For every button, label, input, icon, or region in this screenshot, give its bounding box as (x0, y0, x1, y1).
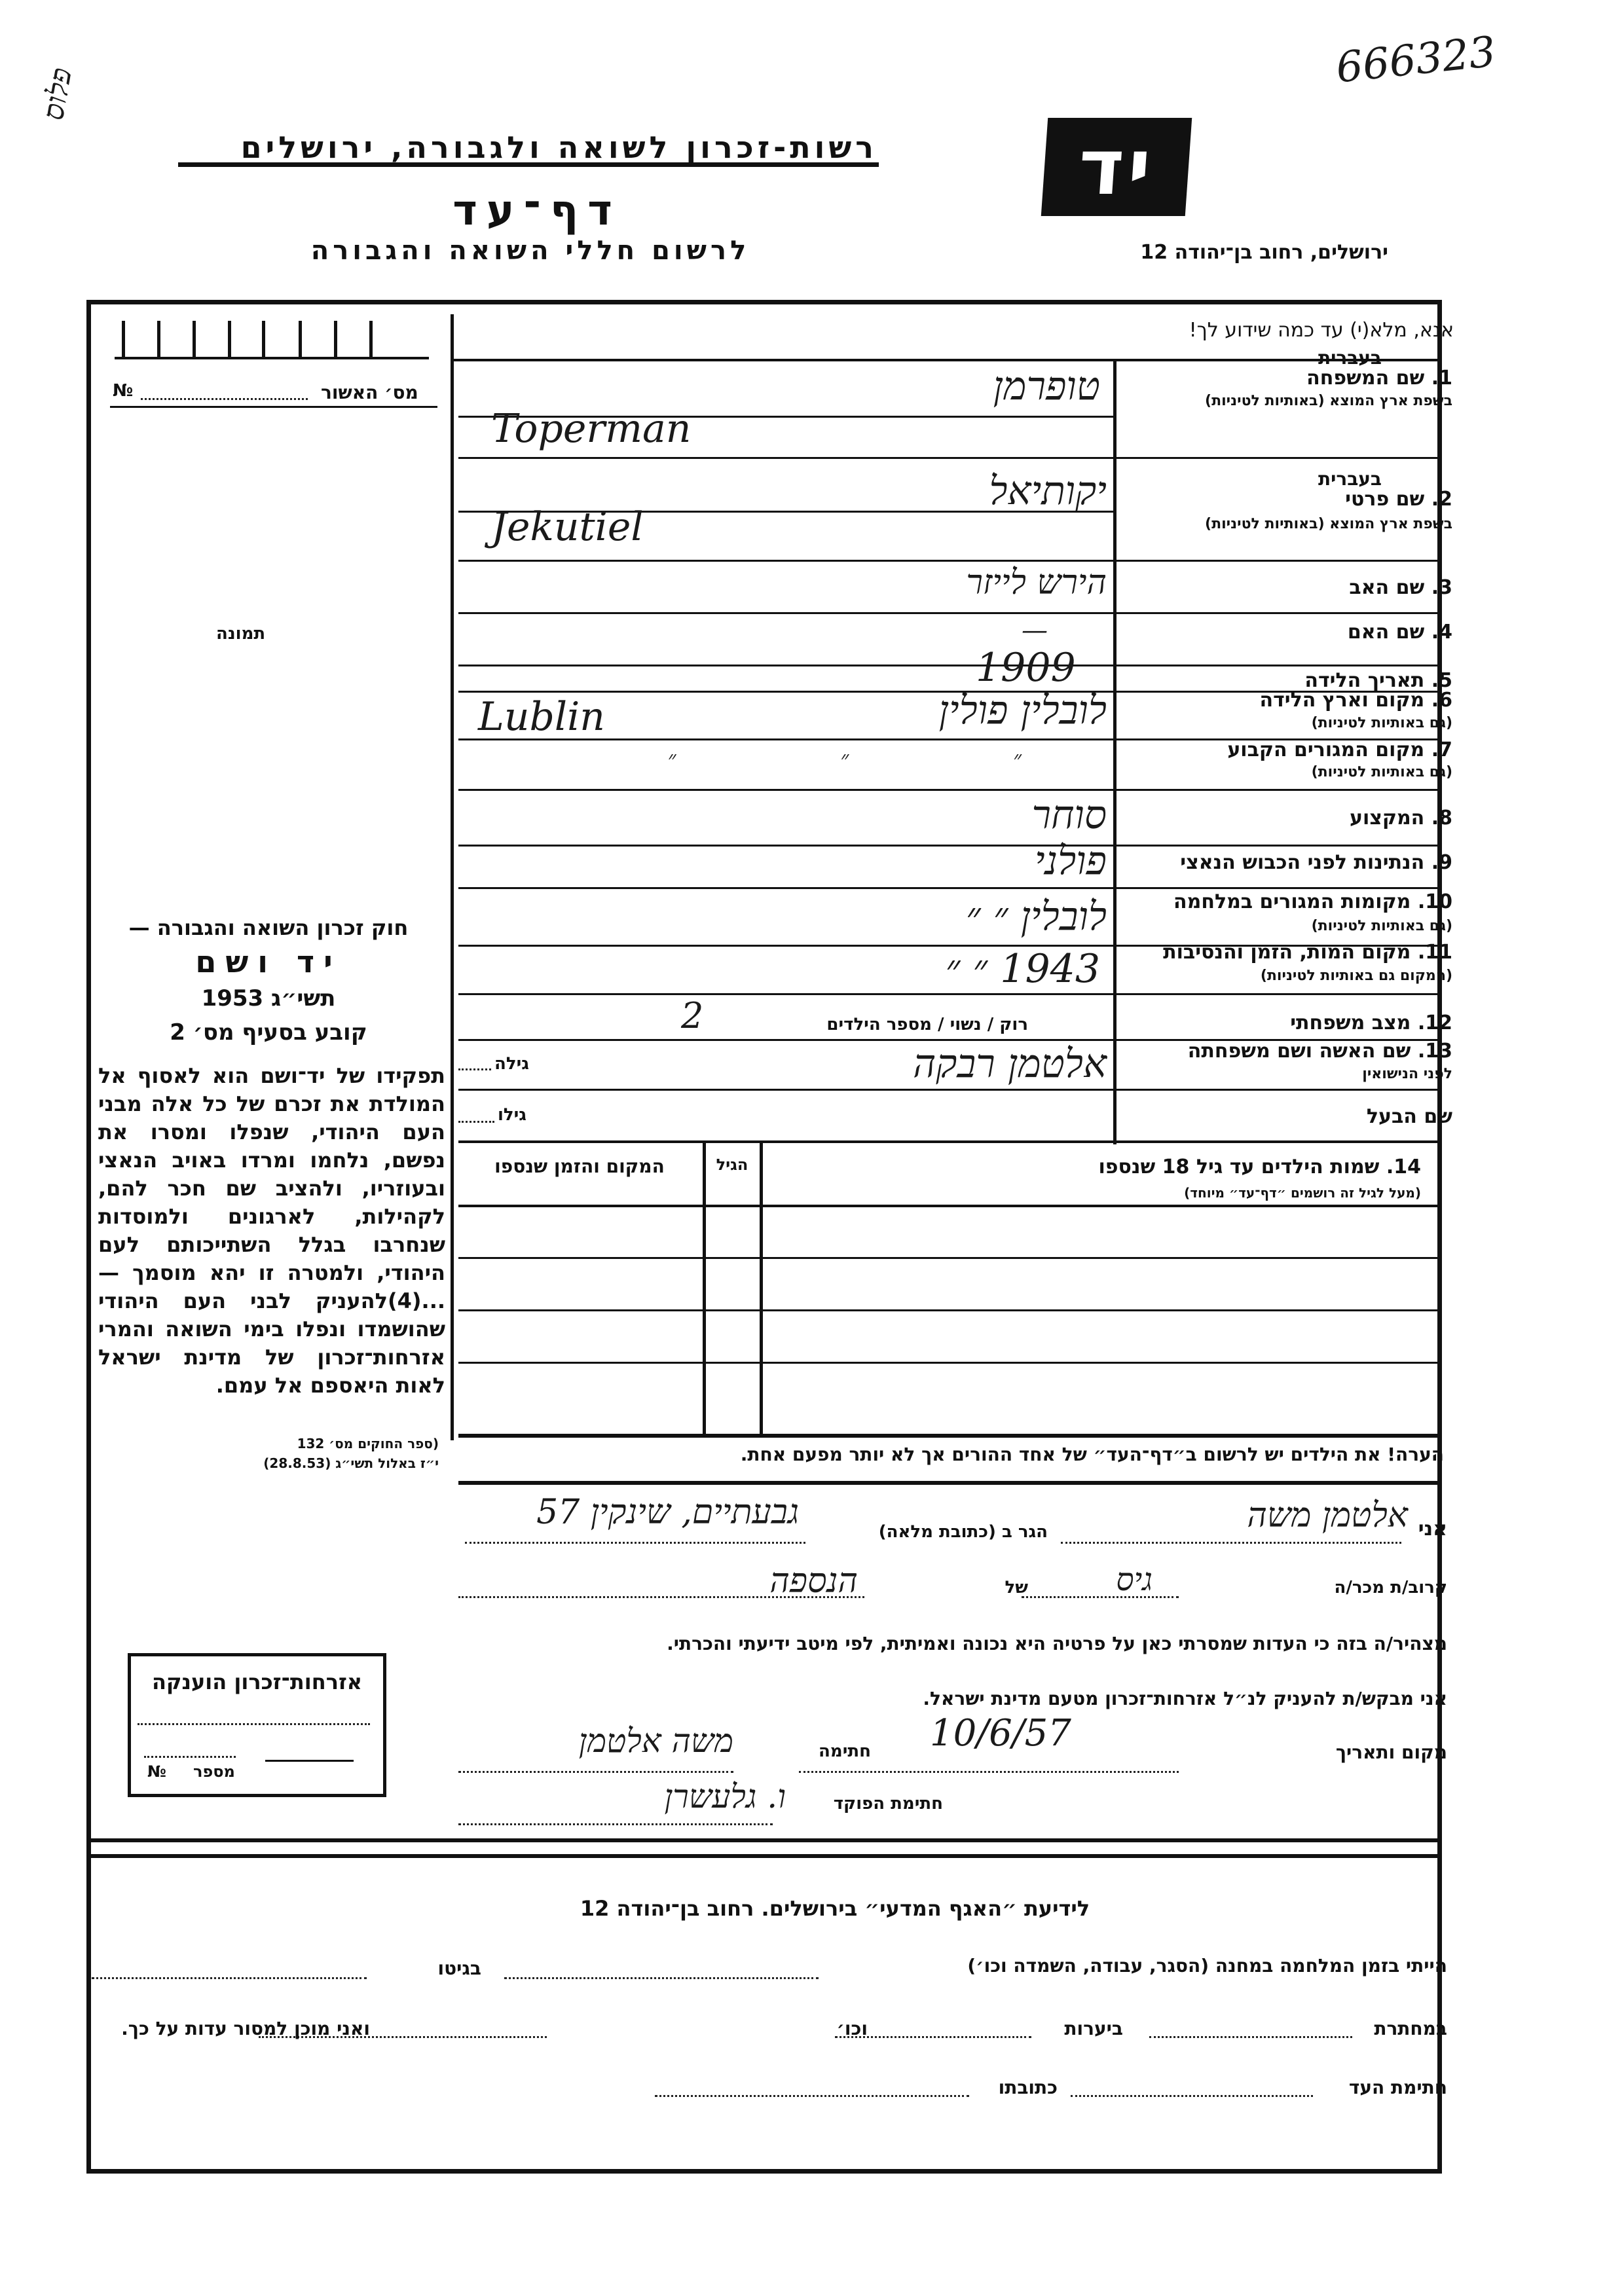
first-name-latin[interactable]: Jekutiel (491, 504, 644, 550)
ghetto-field[interactable] (92, 1977, 367, 1979)
husband-name-label: שם הבעל (1367, 1105, 1452, 1128)
husband-name-field[interactable] (855, 1100, 1110, 1133)
field-number: 1. (1431, 367, 1452, 390)
footer-underground-label: במחתרת (1374, 2018, 1447, 2039)
awarded-line[interactable] (138, 1723, 370, 1725)
field-12-label: 12. מצב משפחתי (1290, 1011, 1452, 1034)
husband-age-field[interactable] (458, 1121, 494, 1123)
hebrew-tag: בעברית (1318, 347, 1382, 369)
of-value[interactable]: הנספה (694, 1561, 858, 1601)
table-row[interactable] (458, 1365, 1441, 1430)
field-2-sub: בשפת ארץ המוצא (באותיות לטיניות) (1205, 516, 1452, 532)
footer-forests-label: ביערות (1064, 2018, 1123, 2039)
row-line (458, 1309, 1441, 1311)
relation-label: קרוב/ת מכר/ה (1335, 1578, 1447, 1597)
husband-age-label: גילו (498, 1105, 526, 1125)
citizenship-value[interactable]: פולני (950, 838, 1107, 884)
field-number: 2. (1431, 488, 1452, 511)
witness-address-label: כתובתו (999, 2077, 1058, 2098)
section-divider (86, 1838, 1442, 1842)
yad-vashem-logo: יד ושם (1041, 118, 1192, 216)
statement-request: אני מבקש/ת להעניק לנ״ל אזרחות־זכרון מטעם… (923, 1688, 1447, 1709)
wife-name-value[interactable]: אלטמן רבקה (819, 1041, 1107, 1087)
field-label: המקצוע (1350, 807, 1424, 829)
witness-signature-label: חתימת העד (1349, 2077, 1447, 2098)
death-details-value[interactable]: 1943 ״ ״ (720, 946, 1100, 992)
camp-field[interactable] (504, 1977, 819, 1979)
place-time-column-header: המקום והזמן שנספו (458, 1156, 701, 1177)
field-label: שם פרטי (1345, 488, 1424, 511)
relation-value[interactable]: גיס (1022, 1561, 1153, 1598)
field-10-label: 10. מקומות המגורים במלחמה (1173, 890, 1452, 913)
row-line (458, 665, 1441, 666)
birthplace-latin[interactable]: Lublin (478, 694, 605, 740)
law-heading: חוק זכרון השואה והגבורה — (98, 915, 439, 940)
table-row[interactable] (458, 1208, 1441, 1257)
footer-camp-label: הייתי בזמן המלחמה במחנה (הסגר, עבודה, הש… (967, 1955, 1447, 1977)
form-subtitle: לרשום חללי השואה והגבורה (262, 236, 799, 266)
wife-age-label: גילה (494, 1054, 529, 1074)
declarant-name-line (1061, 1542, 1401, 1544)
officer-signature-line (458, 1823, 773, 1825)
organization-title: רשות-זכרון לשואה ולגבורה, ירושלים (177, 130, 877, 165)
relation-line (1022, 1596, 1179, 1598)
of-line (458, 1596, 864, 1598)
field-1-label: 1. שם המשפחה (1306, 367, 1452, 390)
instructions-text: אנא, מלא(י) עד כמה שידוע לך! (1189, 319, 1454, 342)
row-line (458, 1089, 1441, 1091)
field-label: שם המשפחה (1306, 367, 1424, 390)
photo-area (105, 412, 439, 897)
declarant-address[interactable]: גבעתיים, שינקין 57 (478, 1493, 799, 1532)
divider (452, 359, 1441, 361)
field-label: שם האשה ושם משפחתה (1188, 1040, 1411, 1063)
field-2-label: 2. שם פרטי (1345, 488, 1452, 511)
form-title: דף־עד (419, 187, 655, 235)
title-rule (178, 162, 879, 167)
tick-mark (334, 321, 337, 359)
signature-line (458, 1771, 733, 1773)
children-table-note: (מעל לגיל זה רושמים ״דף־עד״ מיוחד) (1184, 1185, 1421, 1201)
section-divider (86, 1854, 1442, 1858)
number-sign: № (113, 381, 133, 401)
wartime-residence-value[interactable]: לובלין ״ ״ (524, 894, 1107, 939)
field-9-label: 9. הנתינות לפני הכבוש הנאצי (1180, 851, 1452, 874)
underground-field[interactable] (1149, 2036, 1352, 2038)
logo-text: יד ושם (1034, 118, 1192, 314)
field-label: מקום המגורים הקבוע (1227, 738, 1424, 761)
table-row[interactable] (458, 1260, 1441, 1309)
family-name-latin[interactable]: Toperman (491, 406, 691, 452)
corner-handwritten-mark: פלוס (37, 65, 79, 123)
field-number: 7. (1431, 738, 1452, 761)
marital-status-options[interactable]: רוק / נשוי / מספר הילדים (773, 1015, 1028, 1034)
law-year: תשי״ג 1953 (98, 985, 439, 1011)
place-date-label: מקום ותאריך (1336, 1741, 1447, 1763)
field-6-sub: (גם באותיות לטיניות) (1312, 715, 1452, 731)
divider (110, 406, 437, 408)
field-8-label: 8. המקצוע (1350, 807, 1452, 829)
field-number: 12. (1418, 1011, 1452, 1034)
residence-value[interactable]: ״ ״ ״ (589, 746, 1100, 773)
row-line (458, 789, 1441, 791)
witness-signature-field[interactable] (1071, 2095, 1313, 2097)
field-1-sub: בשפת ארץ המוצא (באותיות לטיניות) (1205, 393, 1452, 409)
field-label: מקום וארץ הלידה (1260, 689, 1425, 712)
field-label: שם האב (1349, 576, 1424, 599)
children-names-header: 14. שמות הילדים עד גיל 18 שנספו (766, 1156, 1428, 1178)
field-11-sub: (המקום גם באותיות לטיניות) (1261, 968, 1452, 984)
address-line (465, 1542, 805, 1544)
profession-value[interactable]: סוחר (950, 792, 1107, 838)
family-name-hebrew[interactable]: טופרמן (851, 363, 1100, 409)
row-line (458, 612, 1441, 614)
tick-mark (157, 321, 160, 359)
row-line (458, 887, 1441, 889)
law-reference-line: י״ז באלול תשי״ג (28.8.53) (98, 1453, 439, 1473)
officer-signature[interactable]: ו. גלעשרן (471, 1777, 786, 1815)
footer-heading: לידיעת ״האגף המדעי״ בירושלים. רחוב בן־יה… (491, 1896, 1179, 1921)
tick-mark (228, 321, 231, 359)
field-7-label: 7. מקום המגורים הקבוע (1227, 738, 1452, 761)
law-section: קובע בסעיף מס׳ 2 (98, 1019, 439, 1046)
row-line (458, 560, 1441, 562)
hebrew-tag: בעברית (1318, 468, 1382, 490)
institution-address: ירושלים, רחוב בן־יהודה 12 (1048, 241, 1388, 264)
residing-label: הגר ב (כתובת מלאה) (879, 1522, 1048, 1542)
field-number: 8. (1431, 807, 1452, 829)
tick-mark (262, 321, 265, 359)
of-label: של (1005, 1578, 1028, 1597)
declarant-name[interactable]: אלטמן משה (1120, 1496, 1408, 1535)
field-number: 4. (1431, 621, 1452, 644)
children-count-value[interactable]: 2 (681, 995, 703, 1036)
tick-mark (122, 321, 125, 359)
divider (458, 1481, 1441, 1485)
citizenship-awarded-box: אזרחות־זכרון הוענקה מספר № (128, 1653, 386, 1797)
field-number: 9. (1431, 851, 1452, 874)
field-label: הנתינות לפני הכבוש הנאצי (1180, 851, 1424, 874)
father-name-value[interactable]: הירש לייזר (851, 563, 1107, 602)
awarded-line-right (265, 1760, 354, 1762)
footer-testimony-text: ואני מוכן למסור עדות על כך. (121, 2018, 370, 2039)
law-text: תפקידו של יד־ושם הוא לאסוף אל המולדת את … (98, 1062, 445, 1400)
field-10-sub: (גם באותיות לטיניות) (1312, 918, 1452, 934)
field-3-label: 3. שם האב (1349, 576, 1452, 599)
birthplace-hebrew[interactable]: לובלין פולין (753, 687, 1107, 733)
field-7-sub: (גם באותיות לטיניות) (1312, 764, 1452, 780)
label-column-divider (1113, 359, 1116, 1144)
field-number: 10. (1418, 890, 1452, 913)
note-text: הערה! את הילדים יש לרשום ב״דף־העד״ של אח… (741, 1444, 1444, 1465)
field-6-label: 6. מקום וארץ הלידה (1260, 689, 1452, 712)
footer-ghetto-label: בגיטו (438, 1958, 481, 1979)
field-13-label: 13. שם האשה ושם משפחתה (1188, 1040, 1452, 1063)
left-column-divider (451, 314, 454, 1440)
field-number: 11. (1418, 941, 1452, 964)
signature-label: חתימה (819, 1741, 871, 1761)
table-row[interactable] (458, 1313, 1441, 1362)
field-number: 3. (1431, 576, 1452, 599)
awarded-box-title: אזרחות־זכרון הוענקה (131, 1669, 383, 1694)
tick-mark (299, 321, 302, 359)
footer-etc-label: וכו׳ (836, 2018, 868, 2039)
field-13-sub: לפני הנישואין (1362, 1066, 1452, 1082)
field-label: מצב משפחתי (1290, 1011, 1411, 1034)
row-line (458, 1362, 1441, 1364)
place-date-line (799, 1771, 1179, 1773)
law-reference: (ספר החוקים מס׳ 132 י״ז באלול תשי״ג (28.… (98, 1434, 439, 1473)
law-name: יד ושם (98, 944, 439, 979)
field-label: מקום המות, הזמן והנסיבות (1163, 941, 1411, 964)
first-name-hebrew[interactable]: יקותיאל (884, 468, 1107, 514)
statement-truth: מצהיר/ה בזה כי העדות שמסרתי כאן על פרטיה… (667, 1633, 1447, 1654)
witness-address-field[interactable] (655, 2095, 969, 2097)
field-label: מקומות המגורים במלחמה (1173, 890, 1411, 913)
divider (458, 1434, 1441, 1438)
divider (115, 357, 429, 359)
officer-signature-label: חתימת הפוקד (834, 1794, 943, 1813)
age-column-header: הגיל (706, 1156, 758, 1174)
field-number: 6. (1431, 689, 1452, 712)
row-line (458, 993, 1441, 995)
approval-number-label: מס׳ האשור (321, 382, 418, 403)
row-line (458, 457, 1441, 459)
divider (458, 1140, 1441, 1143)
birth-date-value[interactable]: 1909 (976, 645, 1076, 691)
mother-name-value[interactable]: — (1022, 615, 1048, 646)
number-sign: № (147, 1762, 166, 1781)
awarded-number-label: מספר (193, 1762, 235, 1781)
i-label: אני (1418, 1518, 1447, 1540)
tick-mark (369, 321, 373, 359)
declarant-signature[interactable]: משה אלטמן (471, 1722, 733, 1760)
law-reference-line: (ספר החוקים מס׳ 132 (98, 1434, 439, 1453)
field-label: שם האם (1348, 621, 1424, 644)
table-header-rule (458, 1205, 1441, 1207)
row-line (458, 1257, 1441, 1259)
field-4-label: 4. שם האם (1348, 621, 1452, 644)
approval-number-field[interactable] (141, 398, 308, 400)
field-11-label: 11. מקום המות, הזמן והנסיבות (1163, 941, 1452, 964)
field-number: 13. (1418, 1040, 1452, 1063)
tick-mark (193, 321, 196, 359)
awarded-number-field[interactable] (144, 1756, 236, 1758)
place-date-value[interactable]: 10/6/57 (930, 1712, 1071, 1755)
wife-age-field[interactable] (458, 1068, 491, 1070)
reference-number: 666323 (1334, 27, 1498, 92)
